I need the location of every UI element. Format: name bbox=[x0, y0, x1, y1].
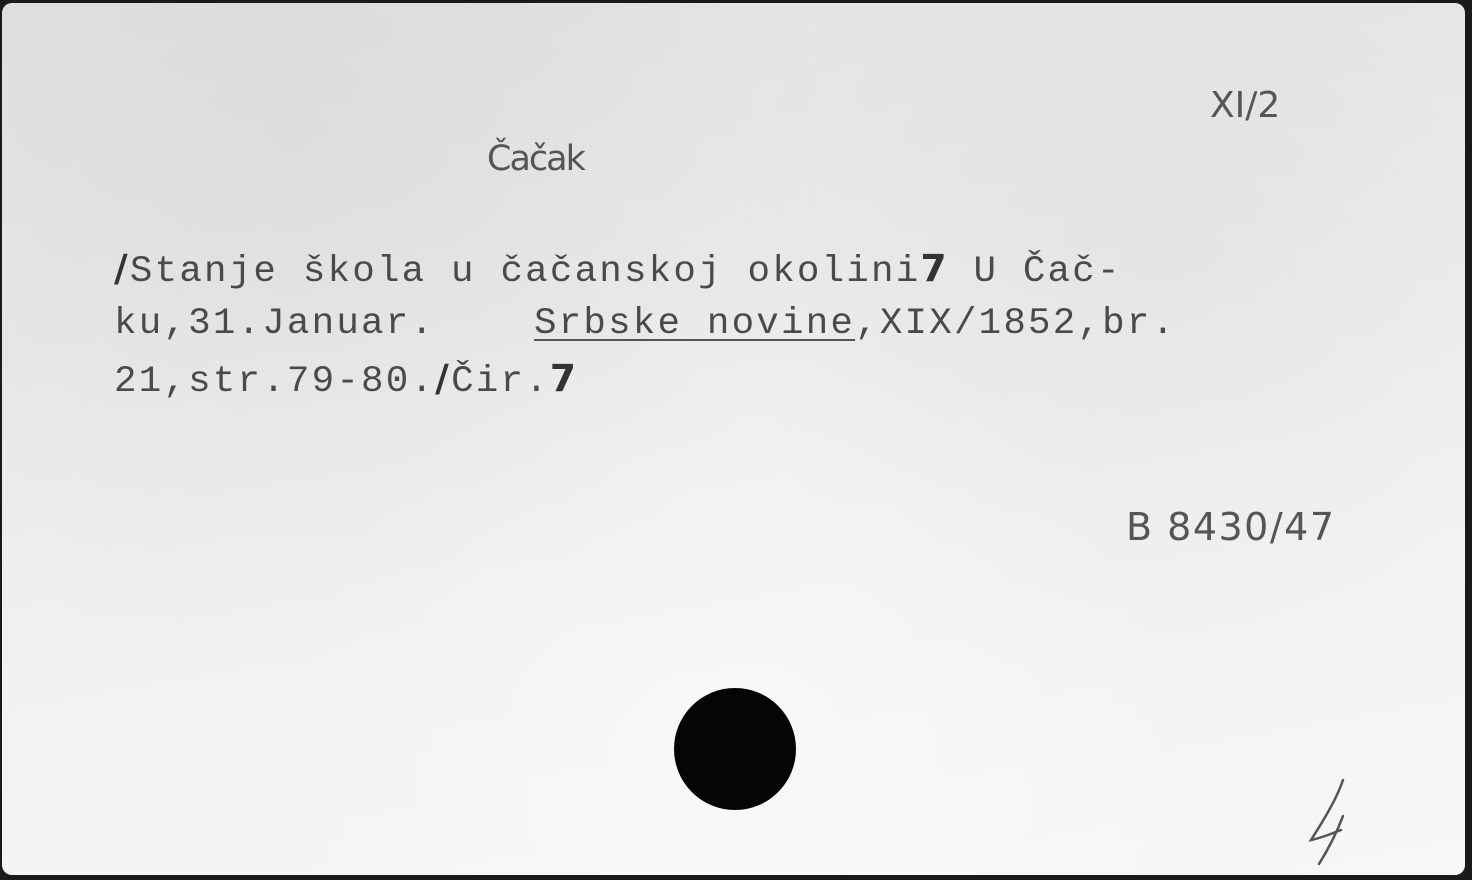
note-bracket-close: 7 bbox=[550, 356, 578, 400]
catalog-card: Čačak XI/2 /Stanje škola u čačanskoj oko… bbox=[2, 3, 1465, 875]
entry-line-1: /Stanje škola u čačanskoj okolini7 U Čač… bbox=[114, 250, 1122, 292]
punch-hole bbox=[674, 688, 796, 810]
note-bracket-open: / bbox=[435, 356, 451, 400]
place-heading: Čačak bbox=[487, 139, 584, 179]
entry-line-3: 21,str.79-80./Čir.7 bbox=[114, 360, 578, 402]
imprint-date: ku,31.Januar. bbox=[114, 303, 534, 345]
script-note: Čir. bbox=[451, 361, 550, 403]
bracket-open: / bbox=[114, 246, 130, 290]
journal-title: Srbske novine bbox=[534, 303, 855, 345]
imprint-place: U Čač- bbox=[949, 251, 1122, 293]
entry-line-2: ku,31.Januar. Srbske novine,XIX/1852,br. bbox=[114, 306, 1176, 344]
handwritten-number-icon bbox=[1307, 778, 1357, 868]
bracket-close: 7 bbox=[920, 246, 948, 290]
entry-title: Stanje škola u čačanskoj okolini bbox=[130, 251, 921, 293]
classmark: XI/2 bbox=[1210, 85, 1280, 126]
journal-details: ,XIX/1852,br. bbox=[855, 303, 1176, 345]
shelfmark: B 8430/47 bbox=[1126, 505, 1336, 549]
pages: 21,str.79-80. bbox=[114, 361, 435, 403]
